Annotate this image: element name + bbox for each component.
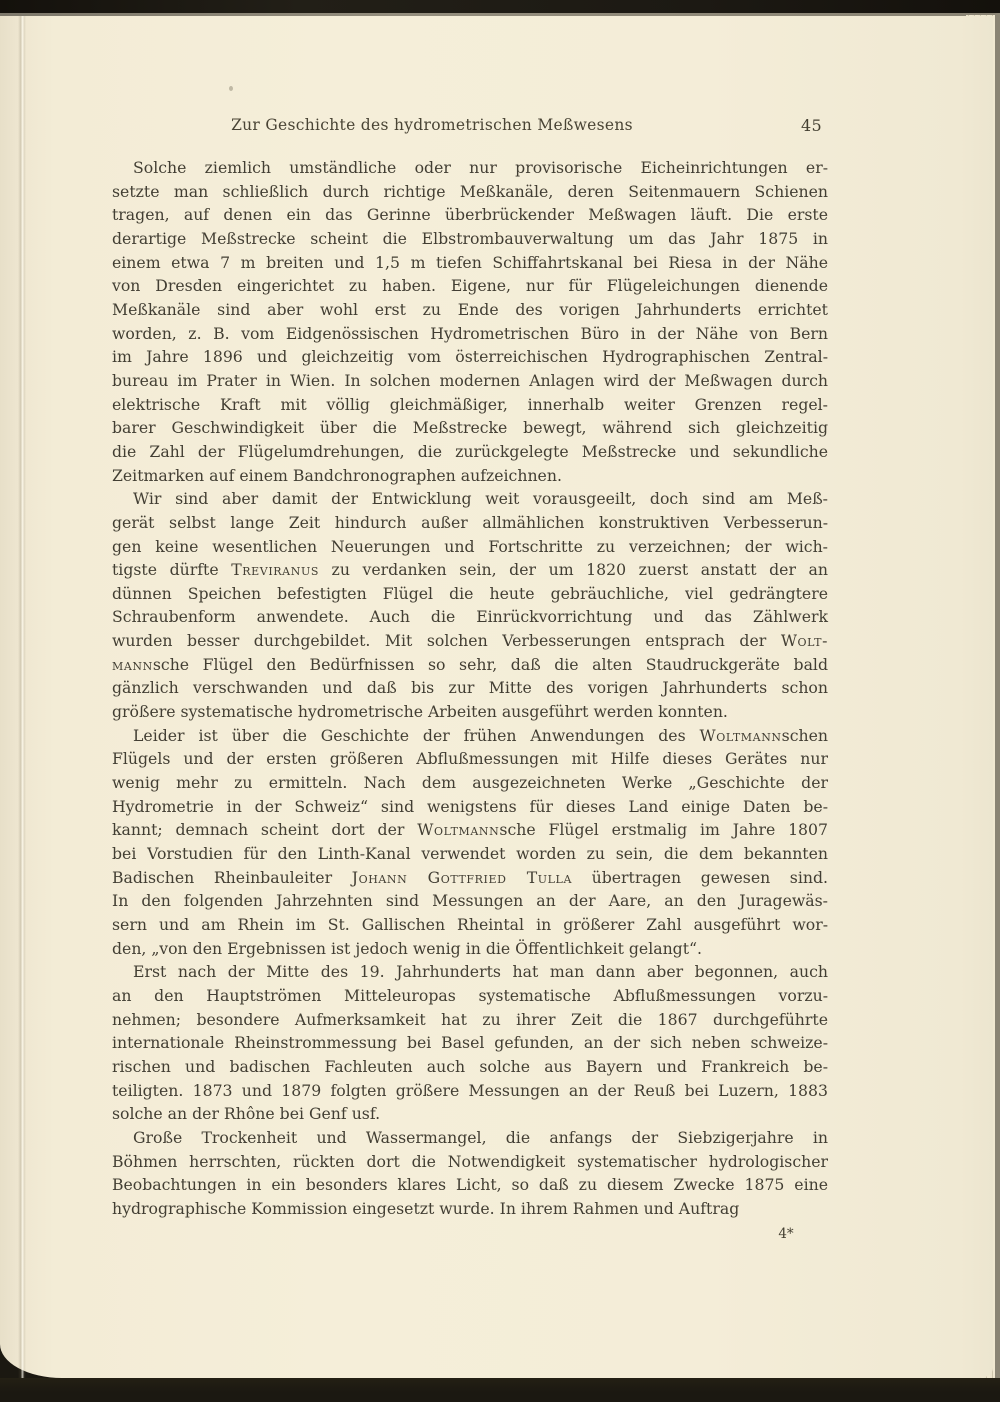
text-line: im Jahre 1896 und gleichzeitig vom öster… (112, 345, 828, 369)
text-line: von Dresden eingerichtet zu haben. Eigen… (112, 274, 828, 298)
text-line: bureau im Prater in Wien. In solchen mod… (112, 369, 828, 393)
text-line: Böhmen herrschten, rückten dort die Notw… (112, 1150, 828, 1174)
page-number: 45 (801, 116, 822, 135)
text-line: größere systematische hydrometrische Arb… (112, 700, 828, 724)
text-line: sern und am Rhein im St. Gallischen Rhei… (112, 913, 828, 937)
small-caps-name: Johann Gottfried Tulla (352, 868, 572, 887)
paragraph: Erst nach der Mitte des 19. Jahrhunderts… (112, 960, 828, 1126)
paragraph: Wir sind aber damit der Entwicklung weit… (112, 487, 828, 724)
text-line: wurden besser durchgebildet. Mit solchen… (112, 629, 828, 653)
text-line: gänzlich verschwanden und daß bis zur Mi… (112, 676, 828, 700)
text-line: Wir sind aber damit der Entwicklung weit… (112, 487, 828, 511)
small-caps-name: Treviranus (231, 560, 319, 579)
text-line: elektrische Kraft mit völlig gleichmäßig… (112, 393, 828, 417)
running-head: Zur Geschichte des hydrometrischen Meßwe… (112, 116, 828, 138)
paragraph: Solche ziemlich umständliche oder nur pr… (112, 156, 828, 487)
text-line: In den folgenden Jahrzehnten sind Messun… (112, 889, 828, 913)
text-line: nehmen; besondere Aufmerksamkeit hat zu … (112, 1008, 828, 1032)
text-line: derartige Meßstrecke scheint die Elbstro… (112, 227, 828, 251)
text-line: setzte man schließlich durch richtige Me… (112, 180, 828, 204)
text-line: Leider ist über die Geschichte der frühe… (112, 724, 828, 748)
binding-crease (18, 16, 26, 1378)
small-caps-name: mann (112, 655, 153, 674)
signature-mark: 4* (766, 1226, 806, 1242)
text-line: einem etwa 7 m breiten und 1,5 m tiefen … (112, 251, 828, 275)
paragraph: Leider ist über die Geschichte der frühe… (112, 724, 828, 961)
text-line: internationale Rheinstrommessung bei Bas… (112, 1031, 828, 1055)
paragraph: Große Trockenheit und Wassermangel, die … (112, 1126, 828, 1221)
book-edge-shadow (995, 15, 1000, 1392)
text-line: tigste dürfte Treviranus zu verdanken se… (112, 558, 828, 582)
text-line: gerät selbst lange Zeit hindurch außer a… (112, 511, 828, 535)
text-line: barer Geschwindigkeit über die Meßstreck… (112, 416, 828, 440)
small-caps-name: Woltmann (700, 726, 782, 745)
text-line: solche an der Rhône bei Genf usf. (112, 1102, 828, 1126)
text-line: teiligten. 1873 und 1879 folgten größere… (112, 1079, 828, 1103)
text-line: Solche ziemlich umständliche oder nur pr… (112, 156, 828, 180)
scan-artifact (229, 86, 233, 91)
page-title: Zur Geschichte des hydrometrischen Meßwe… (74, 116, 790, 134)
text-line: rischen und badischen Fachleuten auch so… (112, 1055, 828, 1079)
text-line: Beobachtungen in ein besonders klares Li… (112, 1173, 828, 1197)
text-line: Meßkanäle sind aber wohl erst zu Ende de… (112, 298, 828, 322)
text-line: den, „von den Ergebnissen ist jedoch wen… (112, 937, 828, 961)
small-caps-name: Wolt- (781, 631, 828, 650)
scan-top-edge (0, 0, 1000, 13)
text-line: Große Trockenheit und Wassermangel, die … (112, 1126, 828, 1150)
text-line: Flügels und der ersten größeren Abflußme… (112, 747, 828, 771)
text-line: worden, z. B. vom Eidgenössischen Hydrom… (112, 322, 828, 346)
text-line: an den Hauptströmen Mitteleuropas system… (112, 984, 828, 1008)
text-line: bei Vorstudien für den Linth-Kanal verwe… (112, 842, 828, 866)
text-line: gen keine wesentlichen Neuerungen und Fo… (112, 535, 828, 559)
text-line: die Zahl der Flügelumdrehungen, die zurü… (112, 440, 828, 464)
text-line: Schraubenform anwendete. Auch die Einrüc… (112, 605, 828, 629)
text-line: Badischen Rheinbauleiter Johann Gottfrie… (112, 866, 828, 890)
text-line: mannsche Flügel den Bedürfnissen so sehr… (112, 653, 828, 677)
text-line: kannt; demnach scheint dort der Woltmann… (112, 818, 828, 842)
text-line: tragen, auf denen ein das Gerinne überbr… (112, 203, 828, 227)
text-line: hydrographische Kommission eingesetzt wu… (112, 1197, 828, 1221)
text-line: Hydrometrie in der Schweiz“ sind wenigst… (112, 795, 828, 819)
text-line: wenig mehr zu ermitteln. Nach dem ausgez… (112, 771, 828, 795)
book-page: Zur Geschichte des hydrometrischen Meßwe… (0, 16, 993, 1378)
text-line: Erst nach der Mitte des 19. Jahrhunderts… (112, 960, 828, 984)
text-body: Solche ziemlich umständliche oder nur pr… (112, 156, 828, 1221)
text-line: Zeitmarken auf einem Bandchronographen a… (112, 464, 828, 488)
small-caps-name: Woltmann (417, 820, 499, 839)
scan-bottom-edge (0, 1378, 1000, 1402)
text-line: dünnen Speichen befestigten Flügel die h… (112, 582, 828, 606)
